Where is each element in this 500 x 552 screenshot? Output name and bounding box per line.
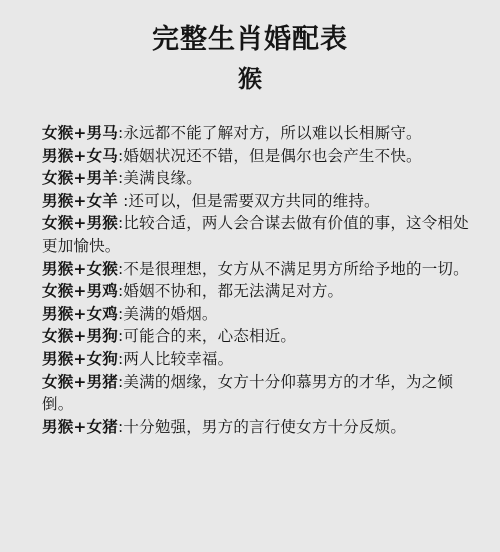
pair-label: 男猴+女狗 — [42, 350, 118, 368]
list-item: 女猴+男鸡:婚姻不协和，都无法满足对方。 — [42, 280, 472, 303]
pair-description: :美满良缘。 — [118, 169, 202, 187]
page-title: 完整生肖婚配表 — [0, 22, 500, 58]
list-item: 女猴+男羊:美满良缘。 — [42, 167, 472, 190]
pair-label: 男猴+女马 — [42, 147, 118, 165]
pair-description: :两人比较幸福。 — [118, 350, 233, 368]
pair-description: :婚姻不协和，都无法满足对方。 — [118, 282, 343, 300]
pair-description: :不是很理想，女方从不满足男方所给予地的一切。 — [118, 260, 469, 278]
pair-description: :婚姻状况还不错，但是偶尔也会产生不快。 — [118, 147, 422, 165]
list-item: 男猴+女羊 :还可以，但是需要双方共同的维持。 — [42, 190, 472, 213]
zodiac-subtitle: 猴 — [0, 63, 500, 95]
list-item: 男猴+女猴:不是很理想，女方从不满足男方所给予地的一切。 — [42, 258, 472, 281]
list-item: 男猴+女猪:十分勉强，男方的言行使女方十分反烦。 — [42, 416, 472, 439]
pair-label: 男猴+女猪 — [42, 418, 118, 436]
pair-label: 男猴+女鸡 — [42, 305, 118, 323]
list-item: 女猴+男猪:美满的烟缘，女方十分仰慕男方的才华，为之倾倒。 — [42, 371, 472, 416]
pair-label: 男猴+女羊 — [42, 192, 118, 210]
pair-label: 女猴+男狗 — [42, 327, 118, 345]
pair-description: :美满的婚烟。 — [118, 305, 218, 323]
pair-description: :可能合的来，心态相近。 — [118, 327, 296, 345]
pair-label: 女猴+男马 — [42, 124, 118, 142]
list-item: 男猴+女鸡:美满的婚烟。 — [42, 303, 472, 326]
list-item: 女猴+男马:永远都不能了解对方，所以难以长相厮守。 — [42, 122, 472, 145]
pair-label: 男猴+女猴 — [42, 260, 118, 278]
pair-label: 女猴+男羊 — [42, 169, 118, 187]
pair-label: 女猴+男猴 — [42, 214, 118, 232]
pair-label: 女猴+男猪 — [42, 373, 118, 391]
list-item: 男猴+女马:婚姻状况还不错，但是偶尔也会产生不快。 — [42, 145, 472, 168]
pair-description: :还可以，但是需要双方共同的维持。 — [118, 192, 380, 210]
compatibility-list: 女猴+男马:永远都不能了解对方，所以难以长相厮守。 男猴+女马:婚姻状况还不错，… — [42, 122, 472, 438]
pair-label: 女猴+男鸡 — [42, 282, 118, 300]
pair-description: :十分勉强，男方的言行使女方十分反烦。 — [118, 418, 406, 436]
pair-description: :永远都不能了解对方，所以难以长相厮守。 — [118, 124, 422, 142]
list-item: 男猴+女狗:两人比较幸福。 — [42, 348, 472, 371]
list-item: 女猴+男狗:可能合的来，心态相近。 — [42, 325, 472, 348]
list-item: 女猴+男猴:比较合适，两人会合谋去做有价值的事，这令相处更加愉快。 — [42, 212, 472, 257]
